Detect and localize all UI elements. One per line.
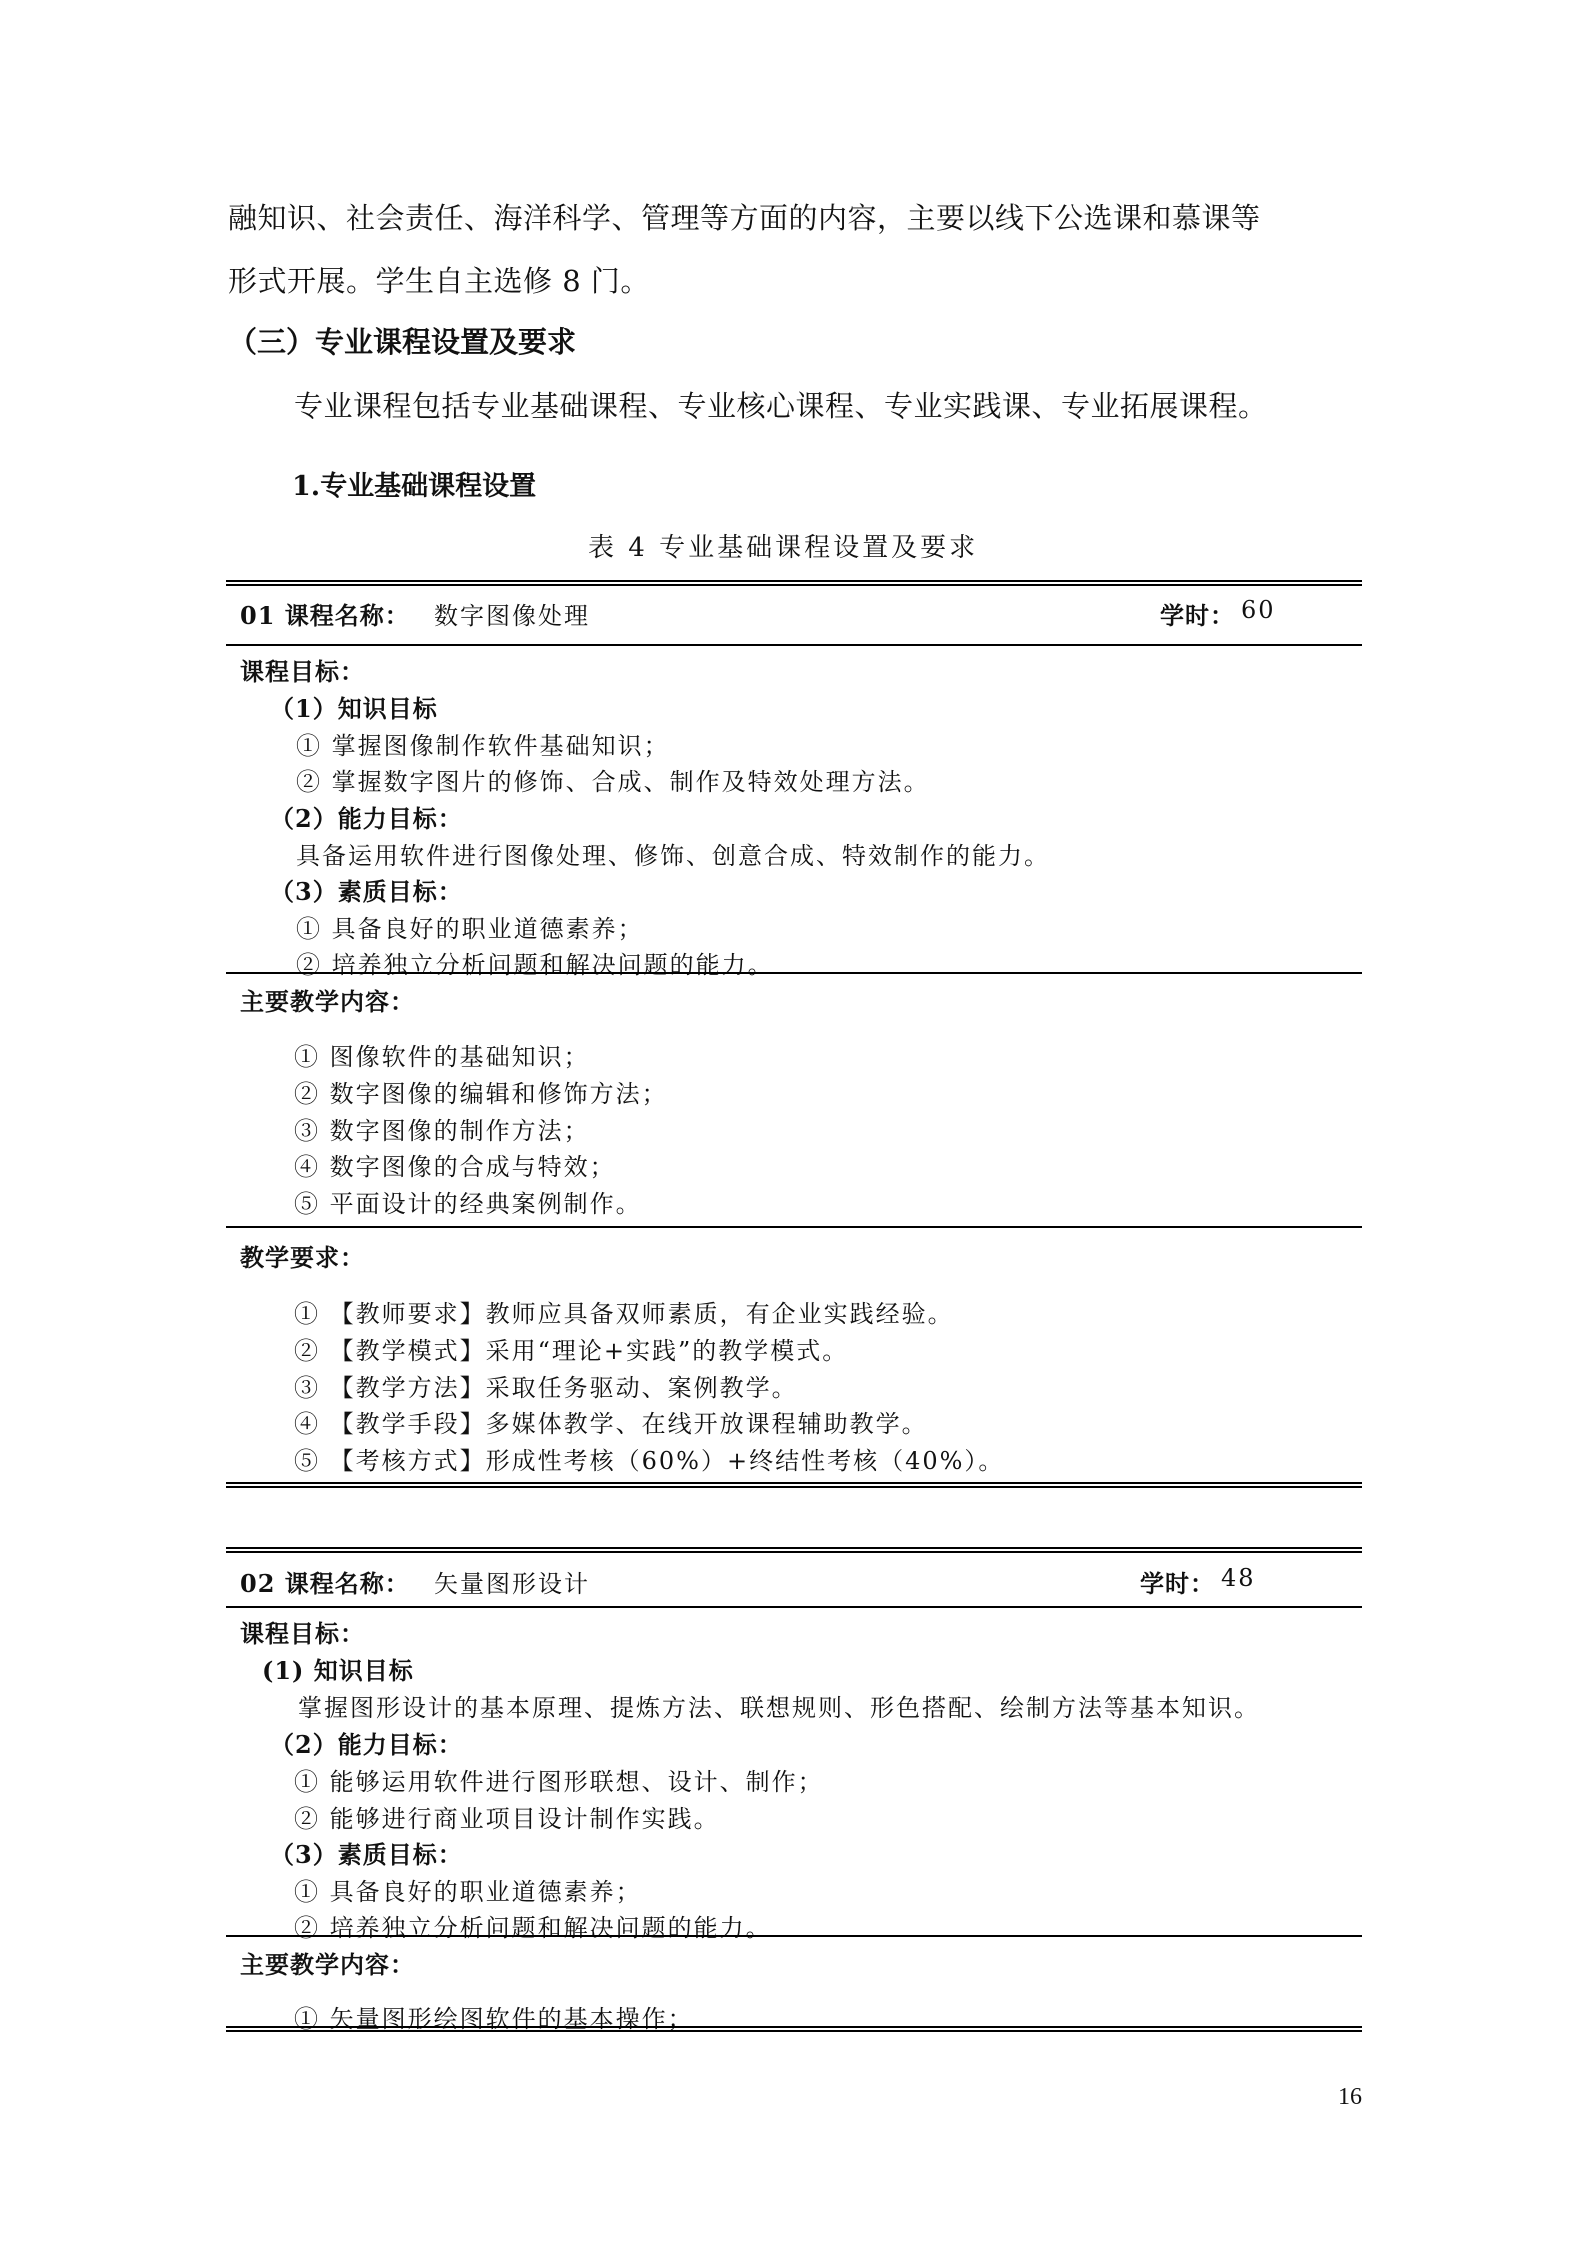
objectives-label: 课程目标： — [240, 1614, 365, 1649]
quality-label: （3）素质目标： — [270, 872, 463, 907]
ability-item: ② 能够进行商业项目设计制作实践。 — [294, 1799, 720, 1834]
table-row-rule — [226, 1226, 1362, 1228]
section-paragraph: 专业课程包括专业基础课程、专业核心课程、专业实践课、专业拓展课程。 — [294, 384, 1268, 425]
subheading: 1.专业基础课程设置 — [292, 464, 536, 503]
knowledge-item: ② 掌握数字图片的修饰、合成、制作及特效处理方法。 — [296, 762, 930, 797]
content-label: 主要教学内容： — [240, 1945, 415, 1980]
course-num-label: 01 课程名称： — [240, 596, 410, 631]
content-item: ③ 数字图像的制作方法； — [294, 1111, 590, 1146]
requirement-item: ⑤ 【考核方式】形成性考核（60%）+终结性考核（40%）。 — [294, 1441, 1004, 1476]
requirement-item: ① 【教师要求】教师应具备双师素质，有企业实践经验。 — [294, 1294, 954, 1329]
requirement-item: ④ 【教学手段】多媒体教学、在线开放课程辅助教学。 — [294, 1404, 928, 1439]
knowledge-item: ① 掌握图像制作软件基础知识； — [296, 726, 670, 761]
content-item: ④ 数字图像的合成与特效； — [294, 1147, 616, 1182]
subheading-text: 专业基础课程设置 — [320, 471, 536, 502]
quality-item: ① 具备良好的职业道德素养； — [296, 909, 644, 944]
table-row-rule — [226, 972, 1362, 974]
quality-item: ① 具备良好的职业道德素养； — [294, 1872, 642, 1907]
requirement-item: ③ 【教学方法】采取任务驱动、案例教学。 — [294, 1368, 798, 1403]
requirement-item: ② 【教学模式】采用“理论+实践”的教学模式。 — [294, 1331, 848, 1366]
course-name: 数字图像处理 — [434, 596, 590, 631]
table-top-rule — [226, 580, 1362, 586]
section-heading: （三）专业课程设置及要求 — [228, 320, 576, 361]
intro-line-2: 形式开展。学生自主选修 8 门。 — [228, 259, 650, 300]
table-row-rule — [226, 1935, 1362, 1937]
content-item: ⑤ 平面设计的经典案例制作。 — [294, 1184, 642, 1219]
ability-item: ① 能够运用软件进行图形联想、设计、制作； — [294, 1762, 824, 1797]
table-top-rule — [226, 1547, 1362, 1553]
intro-line-1: 融知识、社会责任、海洋科学、管理等方面的内容，主要以线下公选课和慕课等 — [228, 196, 1261, 237]
knowledge-item: 掌握图形设计的基本原理、提炼方法、联想规则、形色搭配、绘制方法等基本知识。 — [298, 1688, 1260, 1723]
quality-item: ② 培养独立分析问题和解决问题的能力。 — [296, 945, 774, 980]
quality-item: ② 培养独立分析问题和解决问题的能力。 — [294, 1908, 772, 1943]
course-name: 矢量图形设计 — [434, 1564, 590, 1599]
table-caption: 表 4 专业基础课程设置及要求 — [588, 527, 978, 564]
page-number: 16 — [1338, 2084, 1362, 2111]
content-label: 主要教学内容： — [240, 982, 415, 1017]
table-row-rule — [226, 644, 1362, 646]
knowledge-label: (1) 知识目标 — [262, 1651, 414, 1686]
content-item: ② 数字图像的编辑和修饰方法； — [294, 1074, 668, 1109]
table-bottom-rule — [226, 2026, 1362, 2032]
course-hours: 60 — [1241, 596, 1276, 624]
quality-label: （3）素质目标： — [270, 1835, 463, 1870]
course-hours: 48 — [1221, 1564, 1256, 1592]
requirements-label: 教学要求： — [240, 1238, 365, 1273]
course-hours-label: 学时： — [1140, 1564, 1215, 1599]
course-hours-label: 学时： — [1160, 596, 1235, 631]
knowledge-label: （1）知识目标 — [270, 689, 438, 724]
ability-label: （2）能力目标： — [270, 799, 463, 834]
table-row-rule — [226, 1606, 1362, 1608]
ability-item: 具备运用软件进行图像处理、修饰、创意合成、特效制作的能力。 — [296, 836, 1050, 871]
content-item: ① 图像软件的基础知识； — [294, 1037, 590, 1072]
table-bottom-rule — [226, 1482, 1362, 1488]
subheading-number: 1. — [292, 471, 320, 502]
ability-label: （2）能力目标： — [270, 1725, 463, 1760]
objectives-label: 课程目标： — [240, 652, 365, 687]
course-num-label: 02 课程名称： — [240, 1564, 410, 1599]
